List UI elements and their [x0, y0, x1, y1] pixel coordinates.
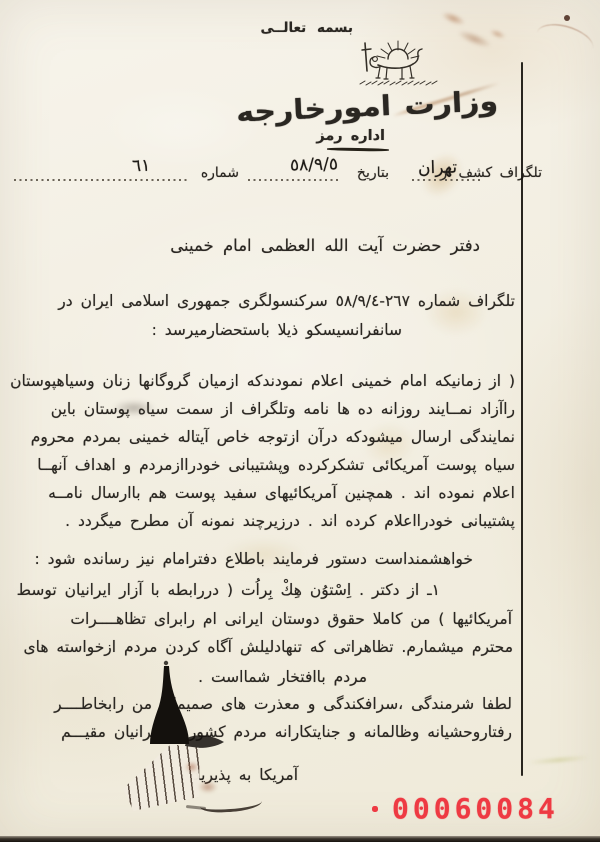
body-line-12: لطفا شرمندگی ،سرافکندگی و معذرت های صمیم… — [54, 693, 512, 716]
stain-curved-line — [533, 19, 596, 61]
ink-blot — [138, 660, 238, 760]
body-line-3: نمایندگی ارسال میشودکه درآن ازتوجه خاص آ… — [31, 426, 515, 449]
meta-dots-2 — [248, 179, 340, 181]
stamp-dot — [372, 806, 378, 812]
lion-and-sun-emblem-icon — [352, 37, 444, 89]
stamp-number: 00060084 — [392, 792, 559, 825]
address-line: دفتر حضرت آیت الله العظمی امام خمینی — [170, 236, 480, 255]
body-line-5: اعلام نموده اند . همچنین آمریکائیهای سفی… — [48, 482, 515, 505]
meta-origin-city: تهران — [418, 157, 458, 178]
ministry-title: وزارت امورخارجه — [236, 85, 499, 129]
meta-number-label: شماره — [201, 162, 239, 185]
intro-line-1: تلگراف شماره ٢٦٧-٥٨/٩/٤ سرکنسولگری جمهور… — [58, 290, 515, 313]
meta-date-value: ٥٨/٩/٥ — [290, 154, 338, 175]
scan-edge-bottom — [0, 836, 600, 842]
meta-number-value: ٦١ — [132, 156, 151, 176]
department-underline — [327, 147, 389, 151]
body-line-13: رفتاروحشیانه وظالمانه و جنایتکارانه مردم… — [61, 721, 512, 744]
meta-dots-3 — [14, 179, 190, 181]
body-line-10: محترم میشمارم. تظاهراتی که تنهادلیلش آگا… — [23, 636, 513, 659]
meta-dots-1 — [412, 179, 480, 181]
body-line-7: خواهشمنداست دستور فرمایند باطلاع دفتراما… — [34, 548, 473, 571]
stain-dark-dot — [564, 15, 570, 21]
body-line-8: ١ـ از دکتر . اِسْتوُن هِكْ بِراُت ( دررا… — [17, 579, 440, 602]
body-line-6: پشتیبانی خودرااعلام کرده اند . درزیرچند … — [65, 510, 515, 533]
body-line-1: ( از زمانیکه امام خمینی اعلام نمودندکه ا… — [10, 370, 515, 393]
body-line-2: راآزاد نمــایند روزانه ده ها نامه وتلگرا… — [51, 398, 515, 421]
body-line-9: آمریکائیها ) من کاملا حقوق دوستان ایرانی… — [70, 608, 512, 631]
intro-line-2: سانفرانسیسکو ذیلا باستحضارمیرسد : — [152, 319, 402, 342]
stain-bottom-right-streak — [528, 755, 590, 764]
scanned-document-page: بسمه تعالــی وزارت امورخارجه اداره رمز ت… — [0, 0, 600, 842]
tear-streak — [200, 793, 263, 813]
meta-date-label: بتاریخ — [357, 162, 389, 185]
body-line-4: سیاه پوست آمریکائی تشکرکرده وپشتیبانی خو… — [37, 454, 515, 477]
department-title: اداره رمز — [316, 128, 385, 144]
bismillah-text: بسمه تعالــی — [261, 20, 353, 36]
